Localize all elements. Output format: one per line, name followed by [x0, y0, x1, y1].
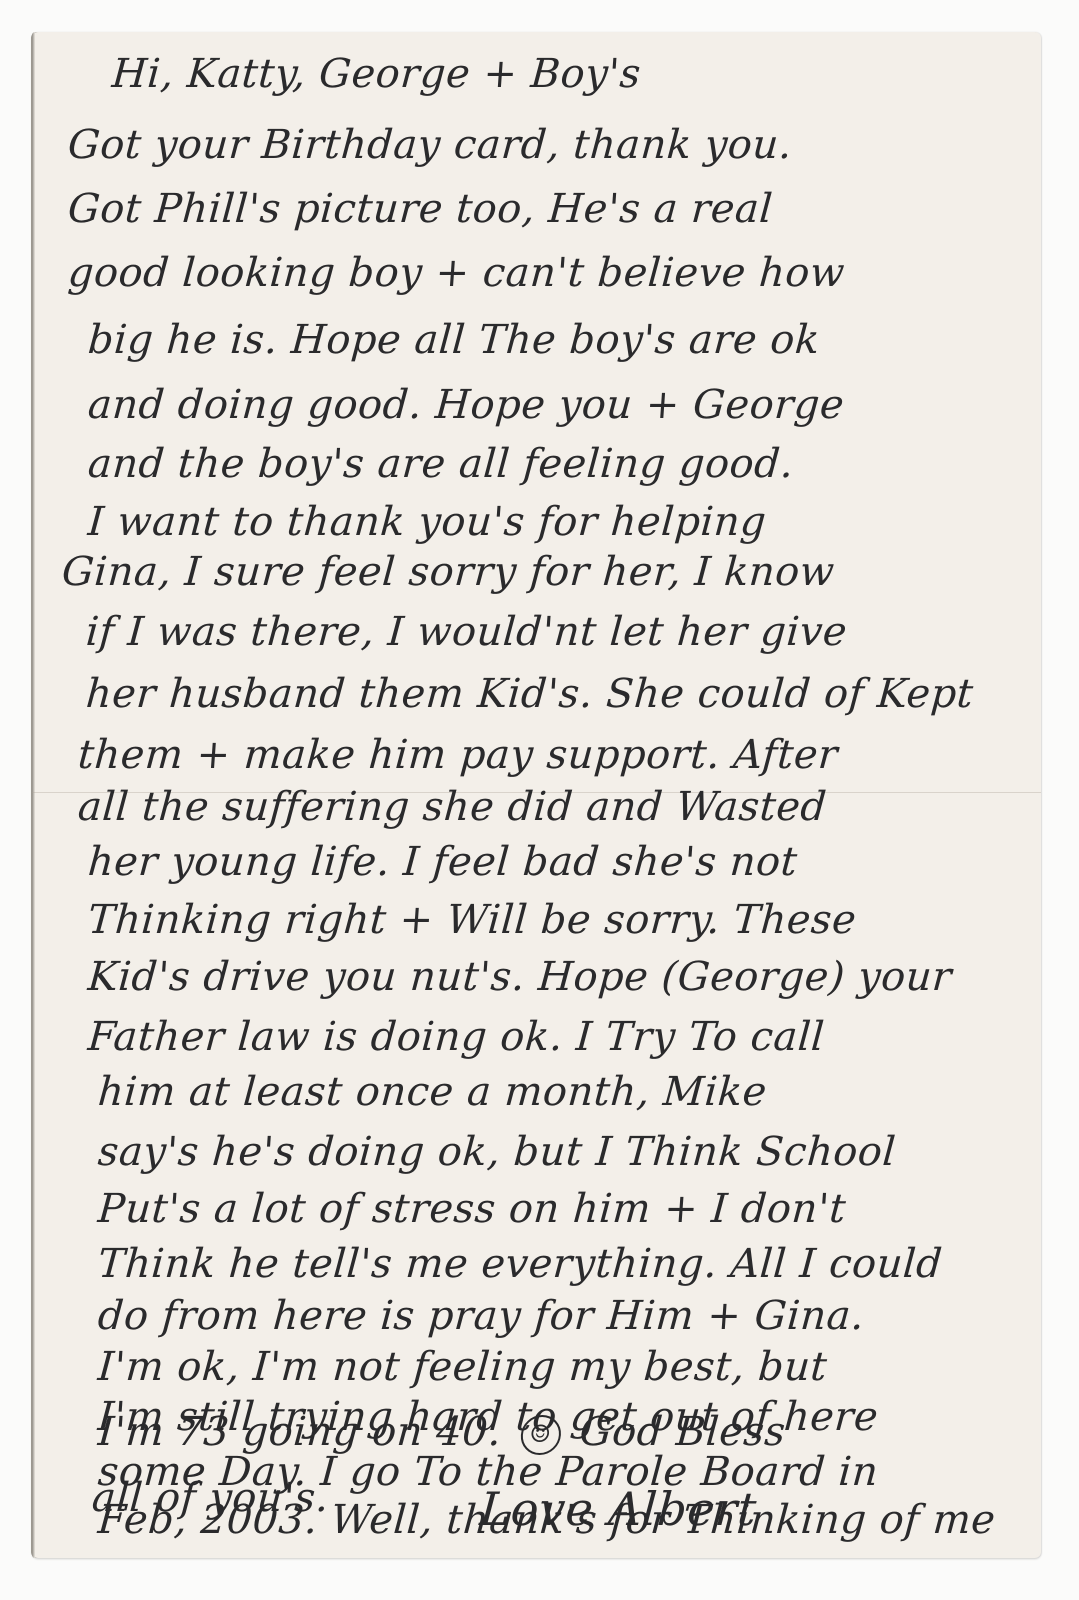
letter-line: them + make him pay support. After — [77, 735, 840, 775]
letter-line: Got your Birthday card, thank you. — [67, 125, 794, 165]
letter-line: say's he's doing ok, but I Think School — [97, 1132, 898, 1172]
letter-greeting: Hi, Katty, George + Boy's — [111, 54, 643, 94]
letter-line: Father law is doing ok. I Try To call — [87, 1017, 826, 1057]
letter-line: do from here is pray for Him + Gina. — [97, 1296, 866, 1336]
letter-line: if I was there, I would'nt let her give — [85, 612, 849, 652]
letter-line: Got Phill's picture too, He's a real — [67, 189, 775, 229]
letter-line: good looking boy + can't believe how — [67, 253, 847, 293]
signature: Love Albert — [478, 1486, 758, 1532]
letter-line: Gina, I sure feel sorry for her, I know — [61, 552, 836, 592]
smiley-face-icon: ☺ — [519, 1415, 562, 1455]
letter-line: I'm ok, I'm not feeling my best, but — [97, 1347, 829, 1387]
letter-line: him at least once a month, Mike — [97, 1072, 769, 1112]
letter-line: her husband them Kid's. She could of Kep… — [85, 674, 975, 714]
letter-card: Hi, Katty, George + Boy's Got your Birth… — [32, 32, 1041, 1558]
letter-line: Think he tell's me everything. All I cou… — [97, 1244, 944, 1284]
letter-line: her young life. I feel bad she's not — [87, 842, 799, 882]
letter-line: Thinking right + Will be sorry. These — [87, 900, 858, 940]
age-text: I'm 73 going on 40. — [96, 1409, 503, 1455]
age-line: I'm 73 going on 40. ☺ God Bless — [96, 1412, 787, 1455]
closing-line: all of you's. — [91, 1478, 331, 1518]
letter-line: and the boy's are all feeling good. — [87, 444, 795, 484]
letter-line: I want to thank you's for helping — [87, 502, 768, 542]
god-bless-text: God Bless — [578, 1409, 787, 1455]
letter-line: big he is. Hope all The boy's are ok — [87, 320, 822, 360]
letter-line: all the suffering she did and Wasted — [77, 787, 828, 827]
letter-line: Put's a lot of stress on him + I don't — [97, 1189, 848, 1229]
letter-line: Kid's drive you nut's. Hope (George) you… — [87, 957, 954, 997]
letter-line: and doing good. Hope you + George — [87, 385, 846, 425]
